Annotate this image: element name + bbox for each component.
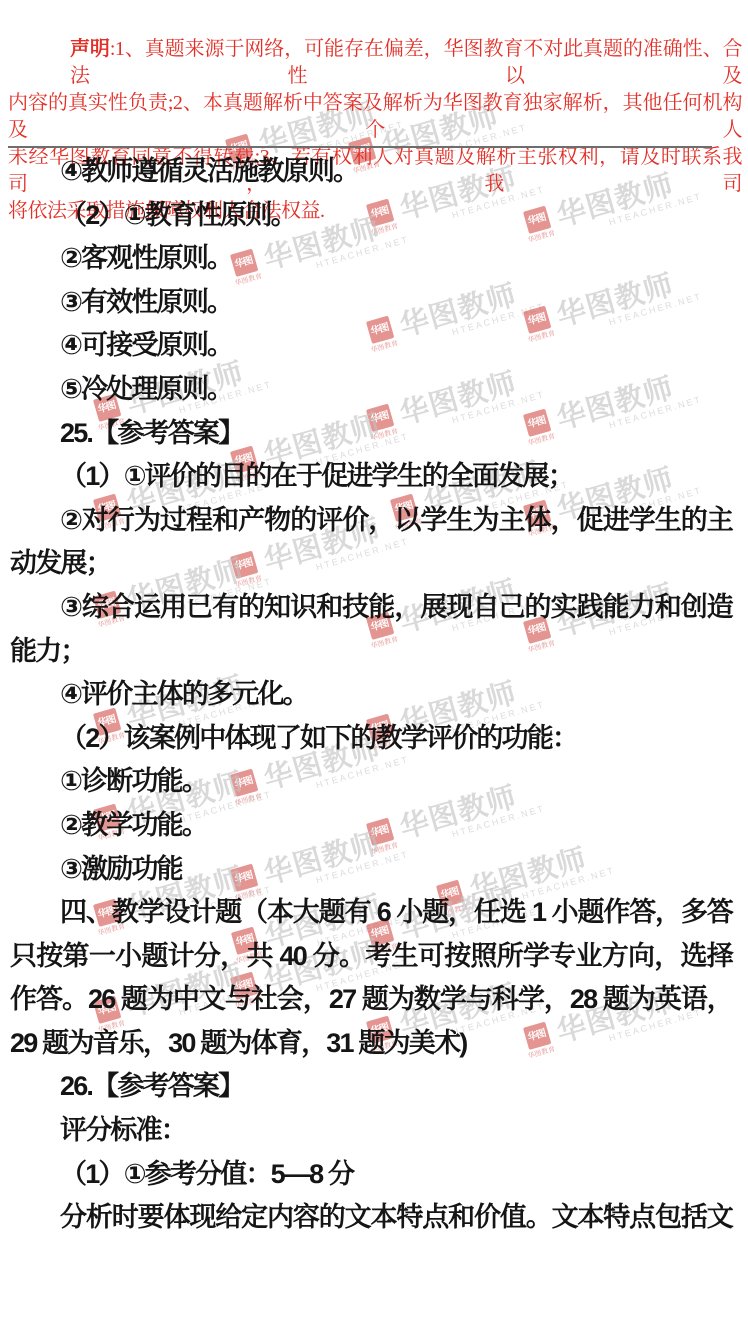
answer-body-text: ④教师遵循灵活施教原则。（2）①教育性原则。②客观性原则。③有效性原则。④可接受… <box>10 150 732 1240</box>
body-line: 动发展； <box>10 542 732 586</box>
body-line: ②教学功能。 <box>10 804 732 848</box>
body-line: （1）①评价的目的在于促进学生的全面发展； <box>10 455 732 499</box>
body-line: 作答。26 题为中文与社会，27 题为数学与科学，28 题为英语， <box>10 978 732 1022</box>
body-line: 26.【参考答案】 <box>10 1065 732 1109</box>
body-line: ②客观性原则。 <box>10 237 732 281</box>
body-line: ①诊断功能。 <box>10 760 732 804</box>
body-line: ④可接受原则。 <box>10 324 732 368</box>
disclaimer-text: :1、真题来源于网络，可能存在偏差，华图教育不对此真题的准确性、合法性以及 <box>70 38 742 87</box>
disclaimer-line: 声明:1、真题来源于网络，可能存在偏差，华图教育不对此真题的准确性、合法性以及 <box>8 36 742 90</box>
body-line: （1）①参考分值：5—8 分 <box>10 1153 732 1197</box>
disclaimer-label: 声明 <box>70 38 110 60</box>
body-line: ③有效性原则。 <box>10 281 732 325</box>
body-line: 只按第一小题计分，共 40 分。考生可按照所学专业方向，选择 <box>10 935 732 979</box>
body-line: 分析时要体现给定内容的文本特点和价值。文本特点包括文 <box>10 1196 732 1240</box>
body-line: 25.【参考答案】 <box>10 412 732 456</box>
body-line: （2）①教育性原则。 <box>10 194 732 238</box>
body-line: ④评价主体的多元化。 <box>10 673 732 717</box>
body-line: 能力； <box>10 630 732 674</box>
separator-rule <box>8 146 712 148</box>
body-line: ③激励功能 <box>10 848 732 892</box>
body-line: ③综合运用已有的知识和技能，展现自己的实践能力和创造 <box>10 586 732 630</box>
body-line: ④教师遵循灵活施教原则。 <box>10 150 732 194</box>
body-line: ②对行为过程和产物的评价，以学生为主体，促进学生的主 <box>10 499 732 543</box>
body-line: （2）该案例中体现了如下的教学评价的功能： <box>10 717 732 761</box>
disclaimer-line: 内容的真实性负责;2、本真题解析中答案及解析为华图教育独家解析，其他任何机构及个… <box>8 90 742 144</box>
body-line: 评分标准： <box>10 1109 732 1153</box>
body-line: 29 题为音乐，30 题为体育，31 题为美术) <box>10 1022 732 1066</box>
document-page: 华图华图教育华图教师HTEACHER.NET华图华图教育华图教师HTEACHER… <box>0 0 748 1334</box>
body-line: 四、教学设计题（本大题有 6 小题，任选 1 小题作答，多答 <box>10 891 732 935</box>
body-line: ⑤冷处理原则。 <box>10 368 732 412</box>
